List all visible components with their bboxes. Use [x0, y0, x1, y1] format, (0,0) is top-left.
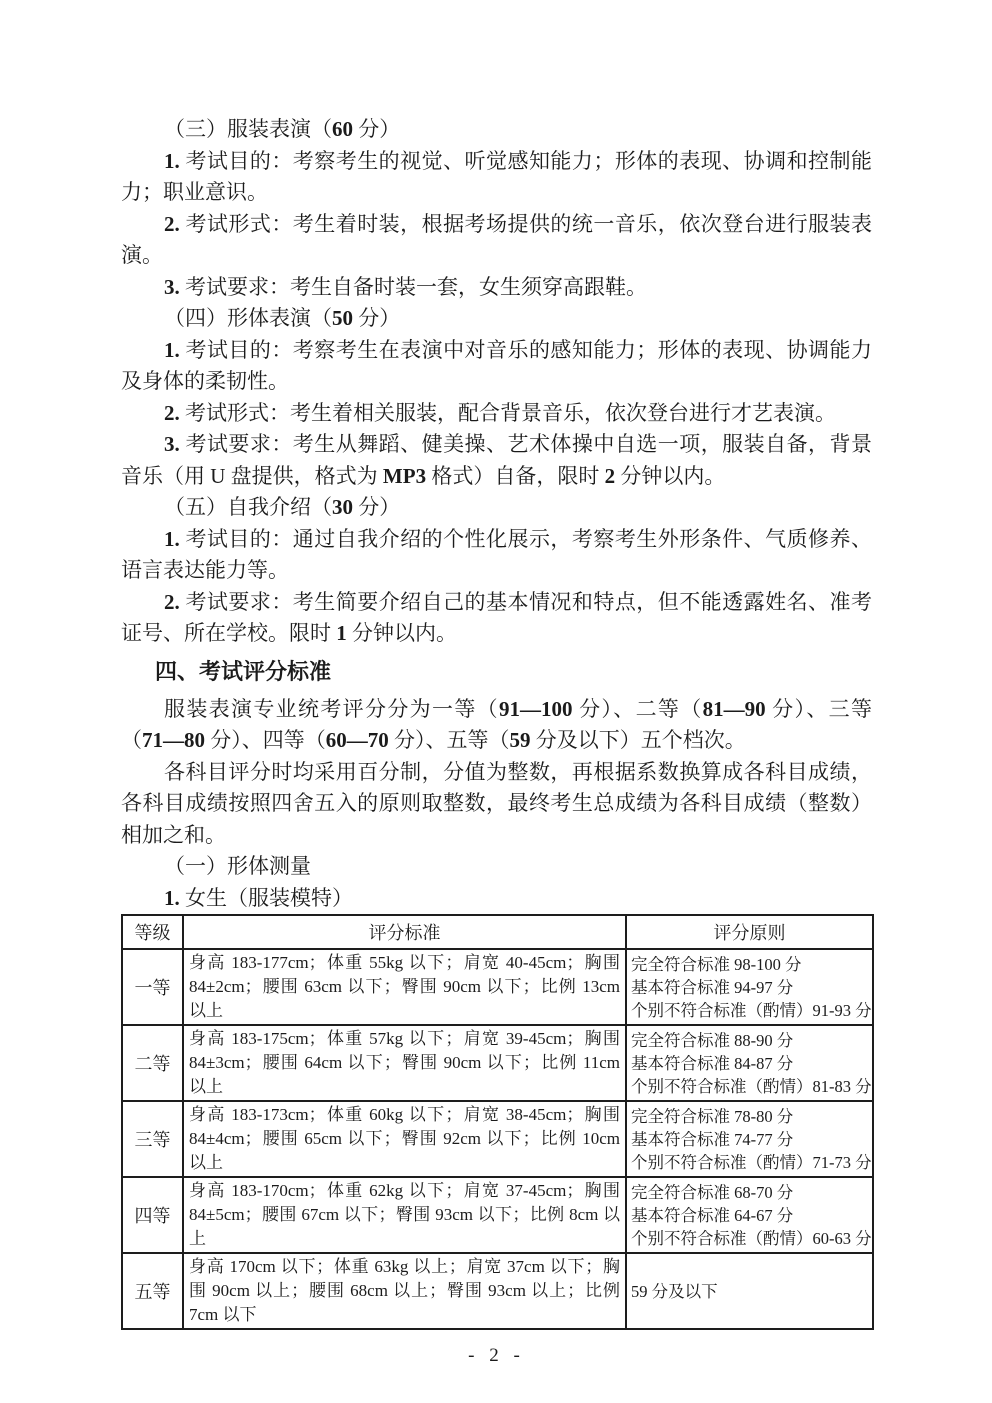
principle-cell: 完全符合标准 78-80 分基本符合标准 74-77 分个别不符合标准（酌情）7…	[626, 1101, 873, 1177]
principle-line: 完全符合标准 78-80 分	[631, 1105, 868, 1128]
principle-cell: 完全符合标准 98-100 分基本符合标准 94-97 分个别不符合标准（酌情）…	[626, 949, 873, 1025]
table-row: 四等身高 183-170cm；体重 62kg 以下；肩宽 37-45cm；胸围 …	[122, 1177, 873, 1253]
principle-line: 基本符合标准 74-77 分	[631, 1128, 868, 1151]
document-body: （三）服装表演（60 分）1. 考试目的：考察考生的视觉、听觉感知能力；形体的表…	[121, 114, 872, 1367]
principle-line: 完全符合标准 68-70 分	[631, 1181, 868, 1204]
grade-cell: 二等	[122, 1025, 183, 1101]
table-header-row: 等级 评分标准 评分原则	[122, 915, 873, 949]
col-header-principle: 评分原则	[626, 915, 873, 949]
standard-cell: 身高 170cm 以下；体重 63kg 以上；肩宽 37cm 以下；胸围 90c…	[183, 1253, 626, 1329]
para-4-format: 2. 考试形式：考生着相关服装，配合背景音乐，依次登台进行才艺表演。	[121, 398, 872, 430]
table-row: 三等身高 183-173cm；体重 60kg 以下；肩宽 38-45cm；胸围 …	[122, 1101, 873, 1177]
grade-cell: 一等	[122, 949, 183, 1025]
heading-section-3: （三）服装表演（60 分）	[121, 114, 872, 146]
para-4-requirement: 3. 考试要求：考生从舞蹈、健美操、艺术体操中自选一项，服装自备，背景音乐（用 …	[121, 429, 872, 492]
para-3-requirement: 3. 考试要求：考生自备时装一套，女生须穿高跟鞋。	[121, 272, 872, 304]
col-header-grade: 等级	[122, 915, 183, 949]
principle-line: 完全符合标准 98-100 分	[631, 953, 868, 976]
heading-subsection-measurement: （一）形体测量	[121, 851, 872, 883]
para-scoring-method: 各科目评分时均采用百分制，分值为整数，再根据系数换算成各科目成绩，各科目成绩按照…	[121, 757, 872, 852]
table-row: 一等身高 183-177cm；体重 55kg 以下；肩宽 40-45cm；胸围 …	[122, 949, 873, 1025]
table-row: 五等身高 170cm 以下；体重 63kg 以上；肩宽 37cm 以下；胸围 9…	[122, 1253, 873, 1329]
principle-line: 59 分及以下	[631, 1280, 868, 1303]
grade-cell: 四等	[122, 1177, 183, 1253]
principle-line: 完全符合标准 88-90 分	[631, 1029, 868, 1052]
standard-cell: 身高 183-175cm；体重 57kg 以下；肩宽 39-45cm；胸围 84…	[183, 1025, 626, 1101]
para-3-format: 2. 考试形式：考生着时装，根据考场提供的统一音乐，依次登台进行服装表演。	[121, 209, 872, 272]
principle-line: 个别不符合标准（酌情）81-83 分	[631, 1075, 868, 1098]
para-5-requirement: 2. 考试要求：考生简要介绍自己的基本情况和特点，但不能透露姓名、准考证号、所在…	[121, 587, 872, 650]
para-4-purpose: 1. 考试目的：考察考生在表演中对音乐的感知能力；形体的表现、协调能力及身体的柔…	[121, 335, 872, 398]
heading-chapter-scoring: 四、考试评分标准	[121, 656, 872, 688]
principle-cell: 59 分及以下	[626, 1253, 873, 1329]
document-page: （三）服装表演（60 分）1. 考试目的：考察考生的视觉、听觉感知能力；形体的表…	[0, 0, 992, 1403]
principle-line: 基本符合标准 64-67 分	[631, 1204, 868, 1227]
para-5-purpose: 1. 考试目的：通过自我介绍的个性化展示，考察考生外形条件、气质修养、语言表达能…	[121, 524, 872, 587]
principle-line: 个别不符合标准（酌情）71-73 分	[631, 1151, 868, 1174]
standard-cell: 身高 183-177cm；体重 55kg 以下；肩宽 40-45cm；胸围 84…	[183, 949, 626, 1025]
scoring-table: 等级 评分标准 评分原则 一等身高 183-177cm；体重 55kg 以下；肩…	[121, 914, 874, 1330]
table-row: 二等身高 183-175cm；体重 57kg 以下；肩宽 39-45cm；胸围 …	[122, 1025, 873, 1101]
table-body: 一等身高 183-177cm；体重 55kg 以下；肩宽 40-45cm；胸围 …	[122, 949, 873, 1329]
grade-cell: 五等	[122, 1253, 183, 1329]
standard-cell: 身高 183-170cm；体重 62kg 以下；肩宽 37-45cm；胸围 84…	[183, 1177, 626, 1253]
principle-line: 个别不符合标准（酌情）91-93 分	[631, 999, 868, 1022]
principle-line: 基本符合标准 94-97 分	[631, 976, 868, 999]
standard-cell: 身高 183-173cm；体重 60kg 以下；肩宽 38-45cm；胸围 84…	[183, 1101, 626, 1177]
principle-line: 个别不符合标准（酌情）60-63 分	[631, 1227, 868, 1250]
principle-line: 基本符合标准 84-87 分	[631, 1052, 868, 1075]
principle-cell: 完全符合标准 68-70 分基本符合标准 64-67 分个别不符合标准（酌情）6…	[626, 1177, 873, 1253]
para-3-purpose: 1. 考试目的：考察考生的视觉、听觉感知能力；形体的表现、协调和控制能力；职业意…	[121, 146, 872, 209]
heading-section-5: （五）自我介绍（30 分）	[121, 492, 872, 524]
heading-section-4: （四）形体表演（50 分）	[121, 303, 872, 335]
principle-cell: 完全符合标准 88-90 分基本符合标准 84-87 分个别不符合标准（酌情）8…	[626, 1025, 873, 1101]
grade-cell: 三等	[122, 1101, 183, 1177]
col-header-standard: 评分标准	[183, 915, 626, 949]
page-number: - 2 -	[121, 1345, 872, 1367]
heading-item-female-model: 1. 女生（服装模特）	[121, 883, 872, 915]
para-scoring-tiers: 服装表演专业统考评分分为一等（91—100 分）、二等（81—90 分）、三等（…	[121, 694, 872, 757]
